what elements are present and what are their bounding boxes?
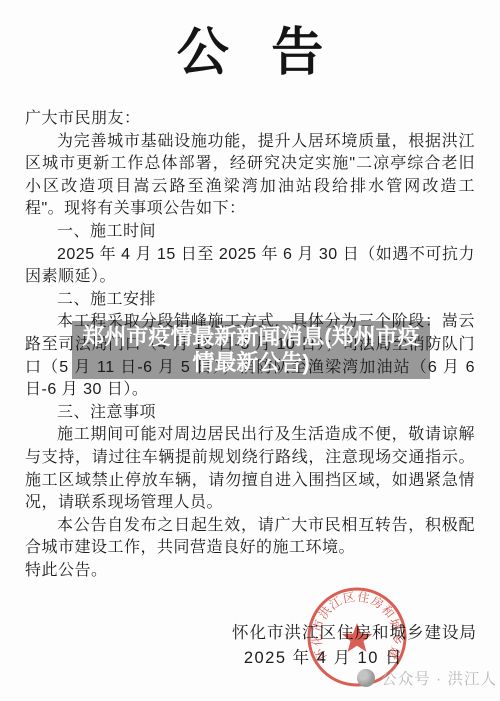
section-1-heading: 一、施工时间 <box>25 221 475 244</box>
closing-paragraph: 本公告自发布之日起生效，请广大市民相互转告，积极配合城市建设工作，共同营造良好的… <box>25 515 475 560</box>
svg-text:怀化市洪江区住房和城乡建设局: 怀化市洪江区住房和城乡建设局 <box>305 585 404 663</box>
closing-formula: 特此公告。 <box>25 560 475 583</box>
seal-star-icon <box>342 623 372 652</box>
section-1-body: 2025 年 4 月 15 日至 2025 年 6 月 30 日（如遇不可抗力因… <box>25 244 475 289</box>
caption-overlay-bar: 郑州市疫情最新新闻消息(郑州市疫情最新公告) <box>72 321 430 379</box>
intro-paragraph: 为完善城市基础设施功能，提升人居环境质量，根据洪江区城市更新工作总体部署，经研究… <box>25 131 475 221</box>
notice-document: 公 告 广大市民朋友： 为完善城市基础设施功能，提升人居环境质量，根据洪江区城市… <box>25 0 475 582</box>
official-account-watermark: 公众号 · 洪江人 <box>357 667 497 689</box>
notice-title-text: 公 告 <box>177 24 337 82</box>
seal-arc-text: 怀化市洪江区住房和城乡建设局 <box>305 585 404 663</box>
official-account-logo-icon <box>357 669 375 687</box>
section-2-heading: 二、施工安排 <box>25 289 475 312</box>
section-3-heading: 三、注意事项 <box>25 402 475 425</box>
official-account-watermark-text: 公众号 · 洪江人 <box>381 667 497 689</box>
section-3-body: 施工期间可能对周边居民出行及生活造成不便，敬请谅解与支持，请过往车辆提前规划绕行… <box>25 424 475 514</box>
notice-title: 公 告 <box>25 22 475 84</box>
notice-photo: 公 告 广大市民朋友： 为完善城市基础设施功能，提升人居环境质量，根据洪江区城市… <box>0 0 500 701</box>
caption-overlay-text: 郑州市疫情最新新闻消息(郑州市疫情最新公告) <box>75 324 427 376</box>
salutation: 广大市民朋友： <box>25 108 475 131</box>
